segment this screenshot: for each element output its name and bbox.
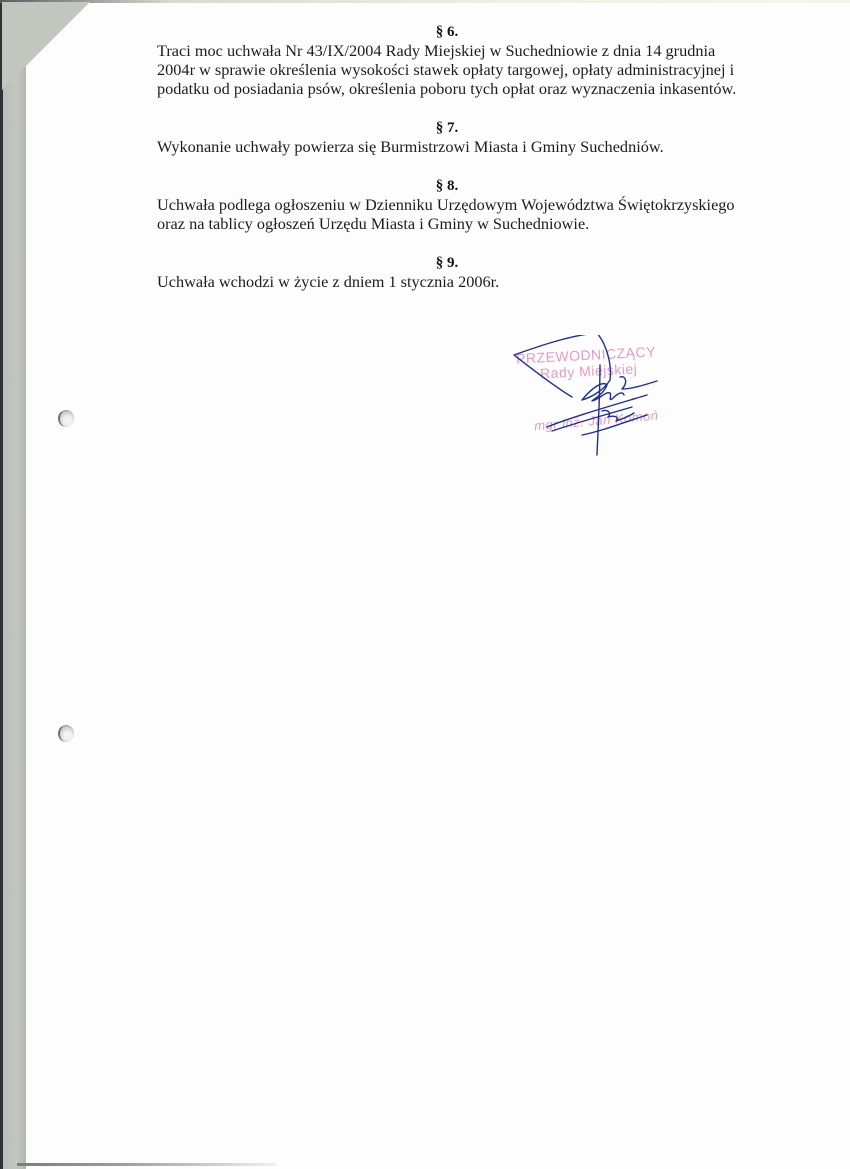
signature-icon	[512, 335, 692, 465]
punch-hole-icon	[58, 725, 74, 742]
section-7: § 7. Wykonanie uchwały powierza się Burm…	[157, 120, 757, 156]
scanner-shadow-top	[0, 0, 850, 3]
text-line: Uchwała wchodzi w życie z dniem 1 styczn…	[157, 272, 757, 291]
section-heading: § 7.	[157, 120, 737, 137]
section-heading: § 9.	[157, 255, 737, 272]
section-text: Traci moc uchwała Nr 43/IX/2004 Rady Mie…	[157, 41, 757, 98]
section-text: Uchwała wchodzi w życie z dniem 1 styczn…	[157, 272, 757, 291]
scanner-edge-dark	[0, 0, 3, 1169]
scanner-shadow-bottom	[17, 1163, 277, 1166]
text-line: oraz na tablicy ogłoszeń Urzędu Miasta i…	[157, 214, 757, 233]
section-text: Uchwała podlega ogłoszeniu w Dzienniku U…	[157, 195, 757, 233]
text-line: Uchwała podlega ogłoszeniu w Dzienniku U…	[157, 195, 757, 214]
document-body: § 6. Traci moc uchwała Nr 43/IX/2004 Rad…	[157, 24, 757, 313]
text-line: podatku od posiadania psów, określenia p…	[157, 79, 757, 98]
section-heading: § 8.	[157, 178, 737, 195]
text-line: Traci moc uchwała Nr 43/IX/2004 Rady Mie…	[157, 41, 757, 60]
scanner-shadow-corner	[2, 2, 90, 90]
punch-hole-icon	[58, 410, 74, 427]
section-8: § 8. Uchwała podlega ogłoszeniu w Dzienn…	[157, 178, 757, 233]
section-text: Wykonanie uchwały powierza się Burmistrz…	[157, 137, 757, 156]
official-stamp: PRZEWODNICZĄCY Rady Miejskiej mgr inż. J…	[512, 335, 692, 445]
section-heading: § 6.	[157, 24, 737, 41]
section-6: § 6. Traci moc uchwała Nr 43/IX/2004 Rad…	[157, 24, 757, 98]
text-line: 2004r w sprawie określenia wysokości sta…	[157, 60, 757, 79]
section-9: § 9. Uchwała wchodzi w życie z dniem 1 s…	[157, 255, 757, 291]
scanner-shadow-left	[2, 0, 26, 1169]
text-line: Wykonanie uchwały powierza się Burmistrz…	[157, 137, 757, 156]
